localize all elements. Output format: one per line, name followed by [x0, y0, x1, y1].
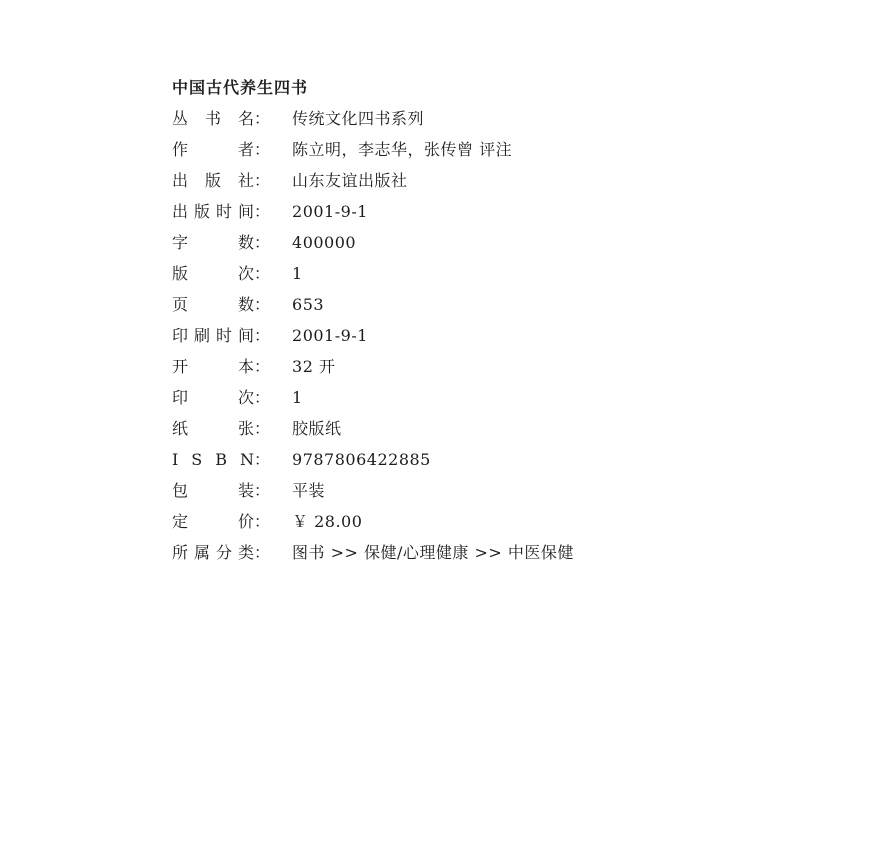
field-label: 印 次 — [172, 382, 254, 413]
book-info-row: 字 数：400000 — [172, 227, 732, 258]
field-label: 版 次 — [172, 258, 254, 289]
book-info-row: 版 次：1 — [172, 258, 732, 289]
field-value: 陈立明，李志华，张传曾 评注 — [270, 134, 512, 165]
field-value: 平装 — [270, 475, 325, 506]
book-info-row: 页 数：653 — [172, 289, 732, 320]
field-value: 胶版纸 — [270, 413, 342, 444]
field-colon: ： — [254, 196, 270, 227]
field-label: 字 数 — [172, 227, 254, 258]
field-label: 所属分类 — [172, 537, 254, 568]
field-value: 653 — [270, 289, 324, 320]
field-colon: ： — [254, 165, 270, 196]
book-info-row: 包 装：平装 — [172, 475, 732, 506]
book-info-row: 定 价：￥ 28.00 — [172, 506, 732, 537]
field-label: 定 价 — [172, 506, 254, 537]
field-label: 纸 张 — [172, 413, 254, 444]
field-value: 2001-9-1 — [270, 196, 368, 227]
field-value: 32 开 — [270, 351, 335, 382]
book-info-row: I S B N：9787806422885 — [172, 444, 732, 475]
field-colon: ： — [254, 258, 270, 289]
field-colon: ： — [254, 134, 270, 165]
field-value: 图书 >> 保健/心理健康 >> 中医保健 — [270, 537, 574, 568]
field-label: 作 者 — [172, 134, 254, 165]
book-info-block: 中国古代养生四书 丛 书 名：传统文化四书系列 作 者：陈立明，李志华，张传曾 … — [172, 72, 732, 568]
field-label: 页 数 — [172, 289, 254, 320]
field-value: 传统文化四书系列 — [270, 103, 424, 134]
book-info-row: 出 版 社：山东友谊出版社 — [172, 165, 732, 196]
field-value: 1 — [270, 382, 303, 413]
book-info-row: 所属分类：图书 >> 保健/心理健康 >> 中医保健 — [172, 537, 732, 568]
book-info-row: 丛 书 名：传统文化四书系列 — [172, 103, 732, 134]
book-info-row: 纸 张：胶版纸 — [172, 413, 732, 444]
field-colon: ： — [254, 537, 270, 568]
book-info-row: 开 本：32 开 — [172, 351, 732, 382]
field-value: 1 — [270, 258, 303, 289]
field-colon: ： — [254, 320, 270, 351]
field-label: 包 装 — [172, 475, 254, 506]
book-info-row: 出版时间：2001-9-1 — [172, 196, 732, 227]
field-colon: ： — [254, 444, 270, 475]
field-colon: ： — [254, 351, 270, 382]
document-page: 中国古代养生四书 丛 书 名：传统文化四书系列 作 者：陈立明，李志华，张传曾 … — [0, 0, 870, 842]
field-colon: ： — [254, 413, 270, 444]
book-title: 中国古代养生四书 — [172, 72, 732, 103]
field-colon: ： — [254, 289, 270, 320]
field-label: I S B N — [172, 444, 254, 475]
field-colon: ： — [254, 227, 270, 258]
book-info-list: 丛 书 名：传统文化四书系列 作 者：陈立明，李志华，张传曾 评注 出 版 社：… — [172, 103, 732, 568]
book-info-row: 作 者：陈立明，李志华，张传曾 评注 — [172, 134, 732, 165]
field-colon: ： — [254, 506, 270, 537]
field-colon: ： — [254, 382, 270, 413]
field-label: 丛 书 名 — [172, 103, 254, 134]
field-colon: ： — [254, 103, 270, 134]
field-value: 2001-9-1 — [270, 320, 368, 351]
field-label: 开 本 — [172, 351, 254, 382]
book-info-row: 印 次：1 — [172, 382, 732, 413]
field-label: 出 版 社 — [172, 165, 254, 196]
book-info-row: 印刷时间：2001-9-1 — [172, 320, 732, 351]
field-value: 9787806422885 — [270, 444, 431, 475]
field-label: 印刷时间 — [172, 320, 254, 351]
field-label: 出版时间 — [172, 196, 254, 227]
field-value: 山东友谊出版社 — [270, 165, 408, 196]
field-value: ￥ 28.00 — [270, 506, 362, 537]
field-colon: ： — [254, 475, 270, 506]
field-value: 400000 — [270, 227, 356, 258]
